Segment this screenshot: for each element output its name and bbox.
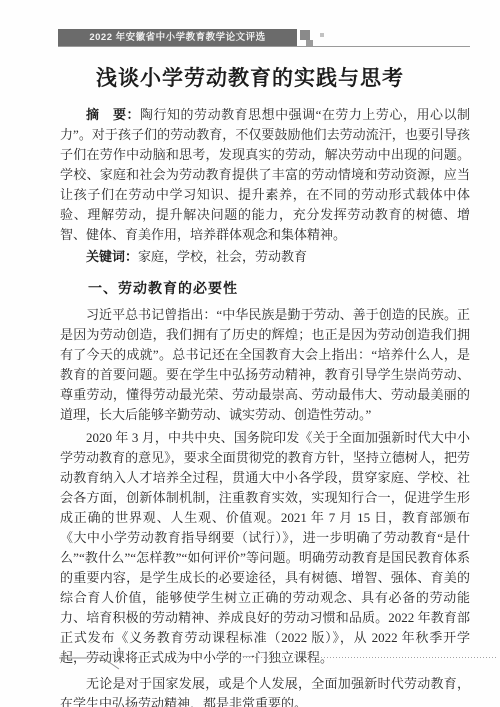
body-paragraph-1: 习近平总书记曾指出：“中华民族是勤于劳动、善于创造的民族。正是因为劳动创造，我们… bbox=[60, 305, 470, 425]
section-heading: 一、劳动教育的必要性 bbox=[60, 278, 470, 298]
keywords-text: 家庭，学校，社会，劳动教育 bbox=[138, 249, 307, 264]
footer-dotted-line bbox=[132, 657, 497, 658]
keywords-line: 关键词：家庭，学校，社会，劳动教育 bbox=[60, 247, 470, 267]
abstract-label: 摘 要： bbox=[86, 107, 140, 122]
abstract-paragraph: 摘 要：陶行知的劳动教育思想中强调“在劳力上劳心，用心以制力”。对于孩子们的劳动… bbox=[60, 105, 470, 245]
decor-square-large bbox=[300, 30, 310, 40]
footer-line-mark bbox=[59, 650, 123, 670]
header-banner: 2022 年安徽省中小学教育教学论文评选 bbox=[58, 29, 297, 46]
body-paragraph-3: 无论是对于国家发展，或是个人发展，全面加强新时代劳动教育，在学生中弘扬劳动精神，… bbox=[60, 674, 470, 707]
page-number: 1 bbox=[117, 646, 122, 656]
document-page: 2022 年安徽省中小学教育教学论文评选 浅谈小学劳动教育的实践与思考 摘 要：… bbox=[0, 0, 500, 707]
content-area: 摘 要：陶行知的劳动教育思想中强调“在劳力上劳心，用心以制力”。对于孩子们的劳动… bbox=[60, 105, 470, 707]
keywords-label: 关键词： bbox=[86, 249, 138, 264]
body-paragraph-2: 2020 年 3 月，中共中央、国务院印发《关于全面加强新时代大中小学劳动教育的… bbox=[60, 428, 470, 668]
decor-square-dot bbox=[320, 33, 324, 37]
paper-title: 浅谈小学劳动教育的实践与思考 bbox=[0, 62, 500, 92]
header-banner-text: 2022 年安徽省中小学教育教学论文评选 bbox=[89, 32, 265, 43]
header-rule-line bbox=[58, 46, 470, 47]
abstract-text: 陶行知的劳动教育思想中强调“在劳力上劳心，用心以制力”。对于孩子们的劳动教育，不… bbox=[60, 107, 470, 242]
